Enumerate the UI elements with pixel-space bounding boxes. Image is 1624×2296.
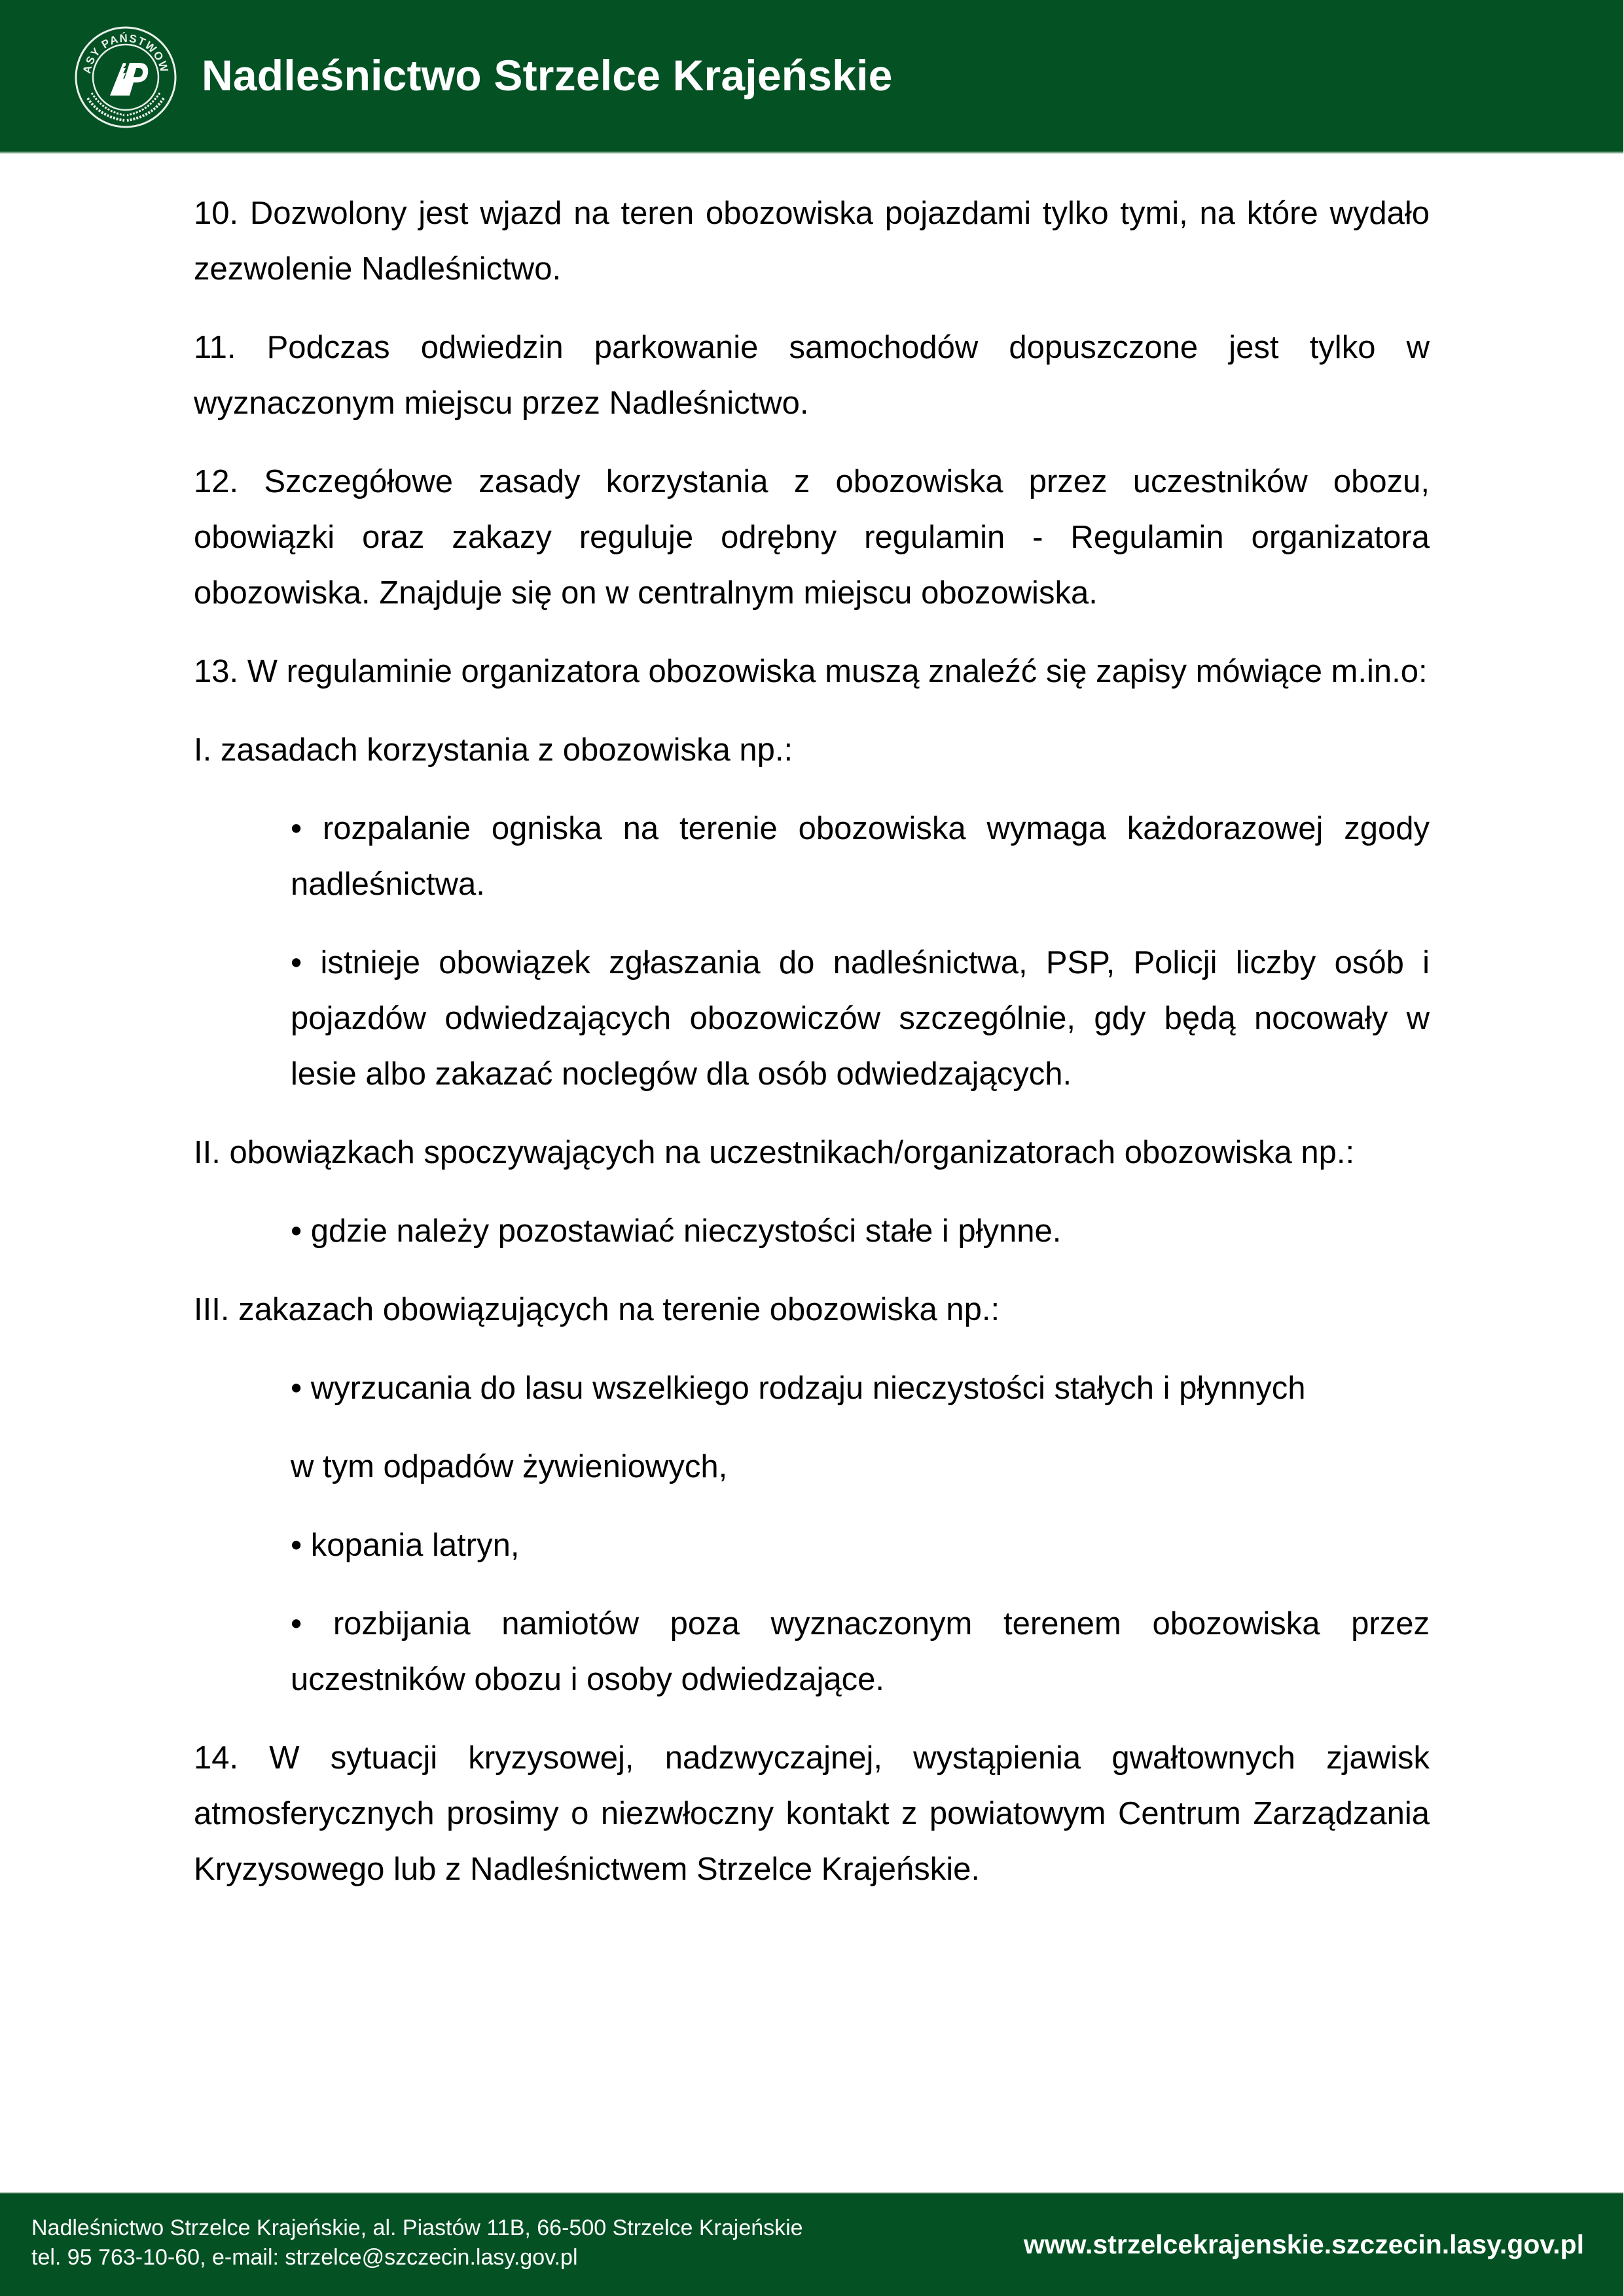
bullet-item-continuation: w tym odpadów żywieniowych,: [291, 1439, 1430, 1495]
section-heading-i: I. zasadach korzystania z obozowiska np.…: [194, 723, 1430, 778]
paragraph-13: 13. W regulaminie organizatora obozowisk…: [194, 644, 1430, 700]
document-body: 10. Dozwolony jest wjazd na teren obozow…: [194, 186, 1430, 1920]
footer-address: Nadleśnictwo Strzelce Krajeńskie, al. Pi…: [31, 2214, 803, 2272]
page-header: LASY PAŃSTWOWE Nadleśnictwo Strzelce Kra…: [0, 0, 1623, 152]
paragraph-14: 14. W sytuacji kryzysowej, nadzwyczajnej…: [194, 1731, 1430, 1897]
bullet-item: • kopania latryn,: [291, 1518, 1430, 1573]
bullet-item: • rozbijania namiotów poza wyznaczonym t…: [291, 1596, 1430, 1708]
header-title: Nadleśnictwo Strzelce Krajeńskie: [202, 46, 893, 105]
section-heading-ii: II. obowiązkach spoczywających na uczest…: [194, 1125, 1430, 1181]
footer-contact-line: tel. 95 763-10-60, e-mail: strzelce@szcz…: [31, 2243, 803, 2272]
bullet-item: • gdzie należy pozostawiać nieczystości …: [291, 1204, 1430, 1259]
paragraph-10: 10. Dozwolony jest wjazd na teren obozow…: [194, 186, 1430, 297]
bullet-item: • wyrzucania do lasu wszelkiego rodzaju …: [291, 1361, 1430, 1416]
page-footer: Nadleśnictwo Strzelce Krajeńskie, al. Pi…: [0, 2193, 1623, 2296]
footer-address-line: Nadleśnictwo Strzelce Krajeńskie, al. Pi…: [31, 2214, 803, 2243]
section-heading-iii: III. zakazach obowiązujących na terenie …: [194, 1282, 1430, 1338]
lasy-panstwowe-logo-icon: LASY PAŃSTWOWE: [73, 25, 178, 130]
bullet-item: • istnieje obowiązek zgłaszania do nadle…: [291, 935, 1430, 1102]
bullet-item: • rozpalanie ogniska na terenie obozowis…: [291, 801, 1430, 912]
footer-website-link[interactable]: www.strzelcekrajenskie.szczecin.lasy.gov…: [1024, 2228, 1584, 2261]
paragraph-11: 11. Podczas odwiedzin parkowanie samocho…: [194, 320, 1430, 431]
paragraph-12: 12. Szczegółowe zasady korzystania z obo…: [194, 454, 1430, 621]
